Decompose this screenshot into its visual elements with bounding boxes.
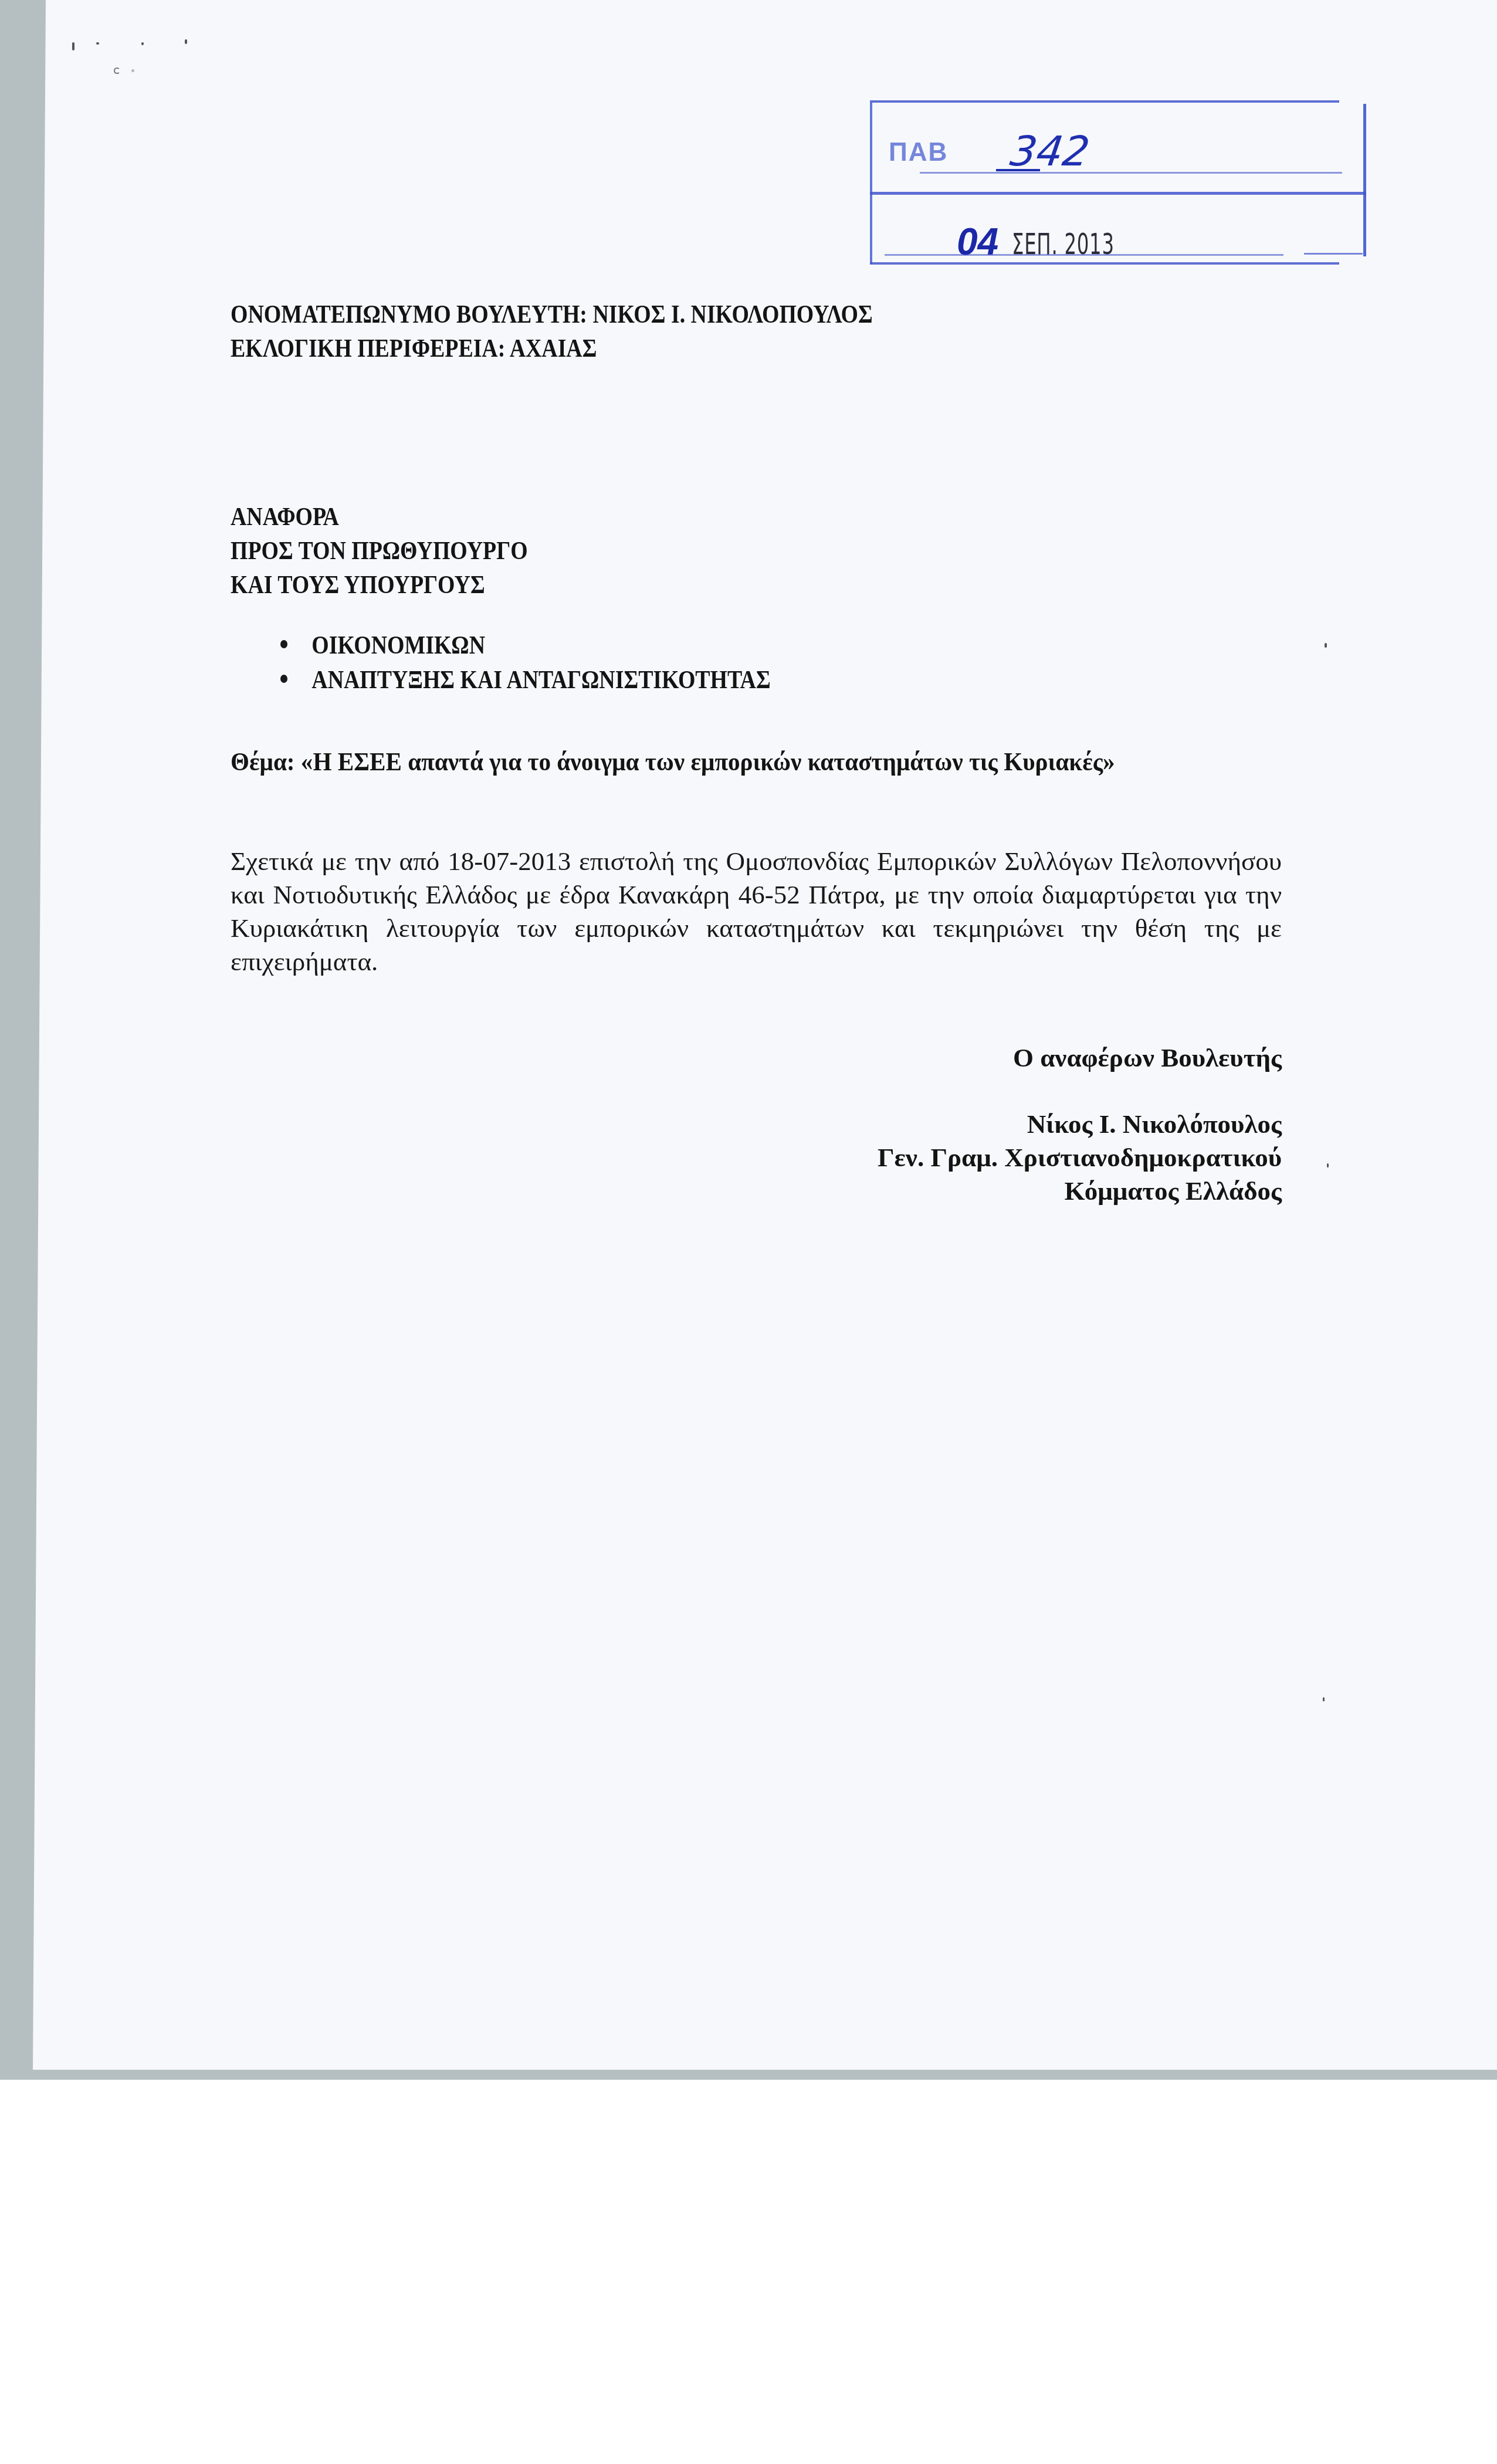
stamp-border (870, 103, 872, 264)
ministry-name: ΟΙΚΟΝΟΜΙΚΩΝ (311, 631, 485, 659)
ministry-name: ΑΝΑΠΤΥΞΗΣ ΚΑΙ ΑΝΤΑΓΩΝΙΣΤΙΚΟΤΗΤΑΣ (311, 665, 770, 694)
signature-block: Ο αναφέρων Βουλευτής Νίκος Ι. Νικολόπουλ… (878, 1041, 1282, 1208)
list-item: ΑΝΑΠΤΥΞΗΣ ΚΑΙ ΑΝΤΑΓΩΝΙΣΤΙΚΟΤΗΤΑΣ (280, 662, 771, 697)
registry-stamp: ΠΑΒ 342 04 ΣΕΠ. 2013 (870, 97, 1366, 268)
addressee-block: ΑΝΑΦΟΡΑ ΠΡΟΣ ΤΟΝ ΠΡΩΘΥΠΟΥΡΓΟ ΚΑΙ ΤΟΥΣ ΥΠ… (231, 500, 528, 602)
bullet-icon (280, 640, 287, 648)
ministries-list: ΟΙΚΟΝΟΜΙΚΩΝ ΑΝΑΠΤΥΞΗΣ ΚΑΙ ΑΝΤΑΓΩΝΙΣΤΙΚΟΤ… (280, 628, 851, 697)
stamp-protocol-underline (996, 169, 1040, 171)
stamp-rule (920, 172, 1342, 174)
stamp-rule (870, 100, 1339, 103)
constituency-line: ΕΚΛΟΓΙΚΗ ΠΕΡΙΦΕΡΕΙΑ: ΑΧΑΙΑΣ (231, 331, 873, 365)
mp-info-header: ΟΝΟΜΑΤΕΠΩΝΥΜΟ ΒΟΥΛΕΥΤΗ: ΝΙΚΟΣ Ι. ΝΙΚΟΛΟΠ… (231, 297, 873, 365)
stamp-office-code: ΠΑΒ (889, 138, 948, 167)
list-item: ΟΙΚΟΝΟΜΙΚΩΝ (280, 628, 771, 662)
stamp-rule (1304, 253, 1363, 255)
addressee-line: ΠΡΟΣ ΤΟΝ ΠΡΩΘΥΠΟΥΡΓΟ (231, 534, 528, 568)
signatory-title: Γεν. Γραμ. Χριστιανοδημοκρατικού (878, 1141, 1282, 1175)
body-paragraph: Σχετικά με την από 18-07-2013 επιστολή τ… (231, 845, 1282, 979)
mp-name-line: ΟΝΟΜΑΤΕΠΩΝΥΜΟ ΒΟΥΛΕΥΤΗ: ΝΙΚΟΣ Ι. ΝΙΚΟΛΟΠ… (231, 297, 873, 331)
subject-line: Θέμα: «Η ΕΣΕΕ απαντά για το άνοιγμα των … (231, 745, 1115, 779)
stamp-rule (870, 192, 1366, 195)
document-type: ΑΝΑΦΟΡΑ (231, 500, 528, 534)
signatory-name: Νίκος Ι. Νικολόπουλος (878, 1108, 1282, 1141)
stamp-rule (870, 262, 1339, 265)
signatory-title: Κόμματος Ελλάδος (878, 1175, 1282, 1208)
bullet-icon (280, 675, 287, 683)
stamp-border (1363, 104, 1366, 256)
addressee-line: ΚΑΙ ΤΟΥΣ ΥΠΟΥΡΓΟΥΣ (231, 568, 528, 602)
signatory-role: Ο αναφέρων Βουλευτής (878, 1041, 1282, 1075)
stamp-protocol-number: 342 (1007, 127, 1092, 175)
stamp-date: ΣΕΠ. 2013 (1012, 227, 1115, 261)
stamp-date-day: 04 (957, 220, 998, 263)
